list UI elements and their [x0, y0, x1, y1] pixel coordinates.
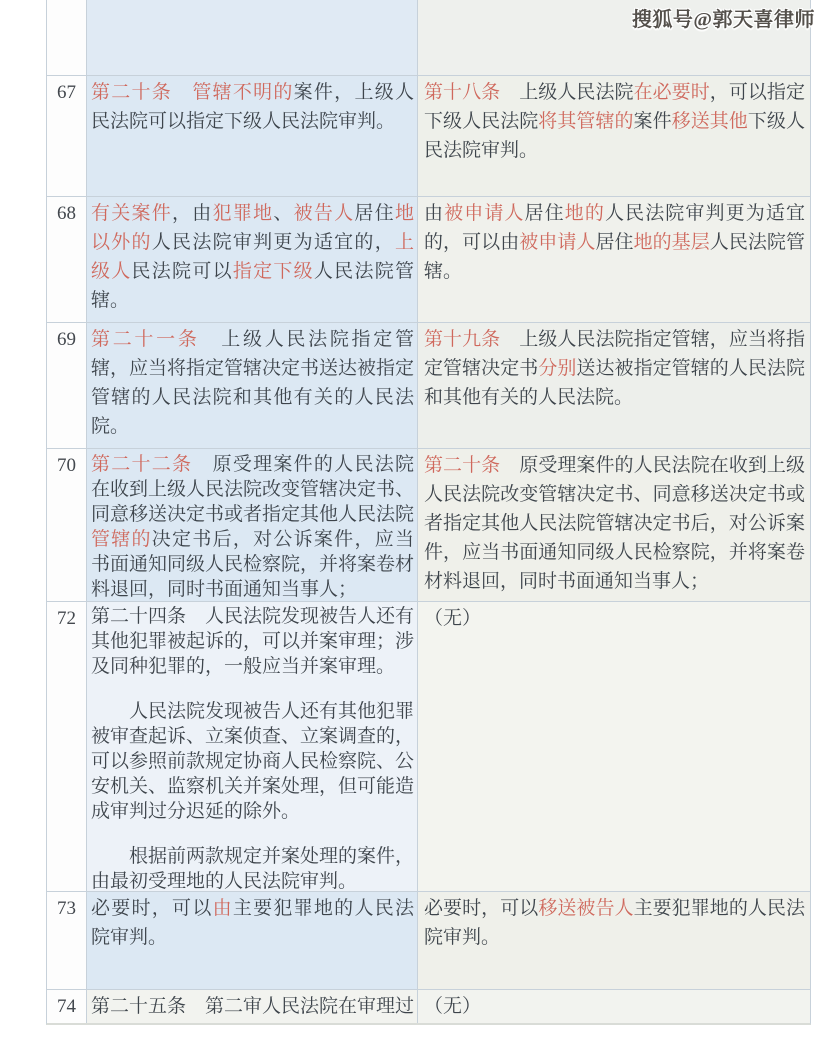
body-text: （无）: [424, 996, 481, 1017]
left-provision-cell-top: [87, 0, 417, 75]
body-text: 第二十四条 人民法院发现被告人还有其他犯罪被起诉的，可以并案审理；涉及同种犯罪的…: [91, 606, 414, 677]
paragraph: 有关案件，由犯罪地、被告人居住地以外的人民法院审判更为适宜的，上级人民法院可以指…: [91, 199, 414, 315]
highlighted-text: 在必要时: [634, 82, 710, 103]
left-provision-cell-68: 有关案件，由犯罪地、被告人居住地以外的人民法院审判更为适宜的，上级人民法院可以指…: [87, 197, 417, 322]
highlighted-text: 指定下级: [233, 261, 314, 282]
paragraph: 根据前两款规定并案处理的案件，由最初受理地的人民法院审判。: [91, 844, 414, 891]
highlighted-text: 犯罪地: [213, 203, 274, 224]
paragraph: 第十八条 上级人民法院在必要时，可以指定下级人民法院将其管辖的案件移送其他下级人…: [424, 78, 805, 165]
highlighted-text: 第十九条: [424, 329, 500, 350]
highlighted-text: 被申请人: [444, 203, 524, 224]
body-text: 人民法院审判更为适宜的，: [152, 232, 395, 253]
right-provision-cell-73: 必要时，可以移送被告人主要犯罪地的人民法院审判。: [418, 892, 810, 989]
row-number-69: 69: [47, 323, 86, 448]
body-text: 居住: [595, 232, 633, 253]
left-provision-cell-69: 第二十一条 上级人民法院指定管辖，应当将指定管辖决定书送达被指定管辖的人民法院和…: [87, 323, 417, 448]
right-provision-cell-70: 第二十条 原受理案件的人民法院在收到上级人民法院改变管辖决定书、同意移送决定书或…: [418, 449, 810, 601]
paragraph: 第二十四条 人民法院发现被告人还有其他犯罪被起诉的，可以并案审理；涉及同种犯罪的…: [91, 604, 414, 679]
left-provision-cell-67: 第二十条 管辖不明的案件，上级人民法院可以指定下级人民法院审判。: [87, 76, 417, 196]
right-provision-cell-69: 第十九条 上级人民法院指定管辖，应当将指定管辖决定书分别送达被指定管辖的人民法院…: [418, 323, 810, 448]
highlighted-text: 管辖不明的: [192, 82, 293, 103]
highlighted-text: 将其管辖的: [538, 111, 633, 132]
highlighted-text: 由: [213, 898, 233, 919]
left-provision-cell-73: 必要时，可以由主要犯罪地的人民法院审判。: [87, 892, 417, 989]
document-page: 搜狐号@郭天喜律师 67第二十条 管辖不明的案件，上级人民法院可以指定下级人民法…: [0, 0, 816, 1056]
body-text: 由: [424, 203, 444, 224]
highlighted-text: 第二十条: [424, 455, 500, 476]
body-text: 必要时，可以: [424, 898, 538, 919]
highlighted-text: 被申请人: [519, 232, 595, 253]
right-provision-cell-74: （无）: [418, 990, 810, 1023]
paragraph: （无）: [424, 992, 805, 1021]
highlighted-text: 地的基层: [634, 232, 710, 253]
paragraph: 第二十一条 上级人民法院指定管辖，应当将指定管辖决定书送达被指定管辖的人民法院和…: [91, 325, 414, 441]
paragraph: （无）: [424, 604, 805, 633]
row-number-top: [47, 0, 86, 75]
highlighted-text: 移送其他: [672, 111, 748, 132]
body-text: 居住: [354, 203, 395, 224]
body-text: [172, 82, 192, 103]
paragraph: 第二十条 原受理案件的人民法院在收到上级人民法院改变管辖决定书、同意移送决定书或…: [424, 451, 805, 596]
body-text: 居住: [525, 203, 565, 224]
left-provision-cell-74: 第二十五条 第二审人民法院在审理过: [87, 990, 417, 1023]
body-text: 根据前两款规定并案处理的案件，由最初受理地的人民法院审判。: [91, 846, 414, 891]
body-text: 人民法院发现被告人还有其他犯罪被审查起诉、立案侦查、立案调查的，可以参照前款规定…: [91, 701, 414, 822]
row-number-68: 68: [47, 197, 86, 322]
paragraph: 必要时，可以移送被告人主要犯罪地的人民法院审判。: [424, 894, 805, 952]
row-number-67: 67: [47, 76, 86, 196]
highlighted-text: 第二十一条: [91, 329, 200, 350]
watermark: 搜狐号@郭天喜律师: [632, 3, 815, 32]
body-text: ，由: [172, 203, 213, 224]
body-text: 、: [273, 203, 293, 224]
row-number-74: 74: [47, 990, 86, 1023]
row-number-70: 70: [47, 449, 86, 601]
body-text: 民法院可以: [132, 261, 233, 282]
body-text: 案件: [634, 111, 672, 132]
paragraph: 第二十二条 原受理案件的人民法院在收到上级人民法院改变管辖决定书、同意移送决定书…: [91, 452, 414, 601]
highlighted-text: 第十八条: [424, 82, 500, 103]
body-text: 上级人民法院: [500, 82, 633, 103]
right-provision-cell-68: 由被申请人居住地的人民法院审判更为适宜的，可以由被申请人居住地的基层人民法院管辖…: [418, 197, 810, 322]
paragraph: 第二十条 管辖不明的案件，上级人民法院可以指定下级人民法院审判。: [91, 78, 414, 136]
highlighted-text: 地的: [565, 203, 605, 224]
highlighted-text: 移送被告人: [538, 898, 633, 919]
highlighted-text: 分别: [538, 358, 576, 379]
paragraph: 必要时，可以由主要犯罪地的人民法院审判。: [91, 894, 414, 952]
paragraph: 第二十五条 第二审人民法院在审理过: [91, 992, 414, 1021]
left-provision-cell-72: 第二十四条 人民法院发现被告人还有其他犯罪被起诉的，可以并案审理；涉及同种犯罪的…: [87, 602, 417, 891]
paragraph: 第十九条 上级人民法院指定管辖，应当将指定管辖决定书分别送达被指定管辖的人民法院…: [424, 325, 805, 412]
body-text: （无）: [424, 608, 481, 629]
highlighted-text: 有关案件: [91, 203, 172, 224]
row-number-72: 72: [47, 602, 86, 891]
body-text: 第二十五条 第二审人民法院在审理过: [91, 996, 414, 1017]
paragraph: 人民法院发现被告人还有其他犯罪被审查起诉、立案侦查、立案调查的，可以参照前款规定…: [91, 699, 414, 824]
body-text: 必要时，可以: [91, 898, 213, 919]
left-provision-cell-70: 第二十二条 原受理案件的人民法院在收到上级人民法院改变管辖决定书、同意移送决定书…: [87, 449, 417, 601]
highlighted-text: 第二十条: [91, 82, 172, 103]
right-provision-cell-72: （无）: [418, 602, 810, 891]
highlighted-text: 被告人: [294, 203, 355, 224]
comparison-table: 67第二十条 管辖不明的案件，上级人民法院可以指定下级人民法院审判。第十八条 上…: [46, 0, 811, 1025]
row-number-73: 73: [47, 892, 86, 989]
highlighted-text: 管辖的: [91, 529, 152, 550]
right-provision-cell-67: 第十八条 上级人民法院在必要时，可以指定下级人民法院将其管辖的案件移送其他下级人…: [418, 76, 810, 196]
highlighted-text: 第二十二条: [91, 454, 192, 475]
paragraph: 由被申请人居住地的人民法院审判更为适宜的，可以由被申请人居住地的基层人民法院管辖…: [424, 199, 805, 286]
